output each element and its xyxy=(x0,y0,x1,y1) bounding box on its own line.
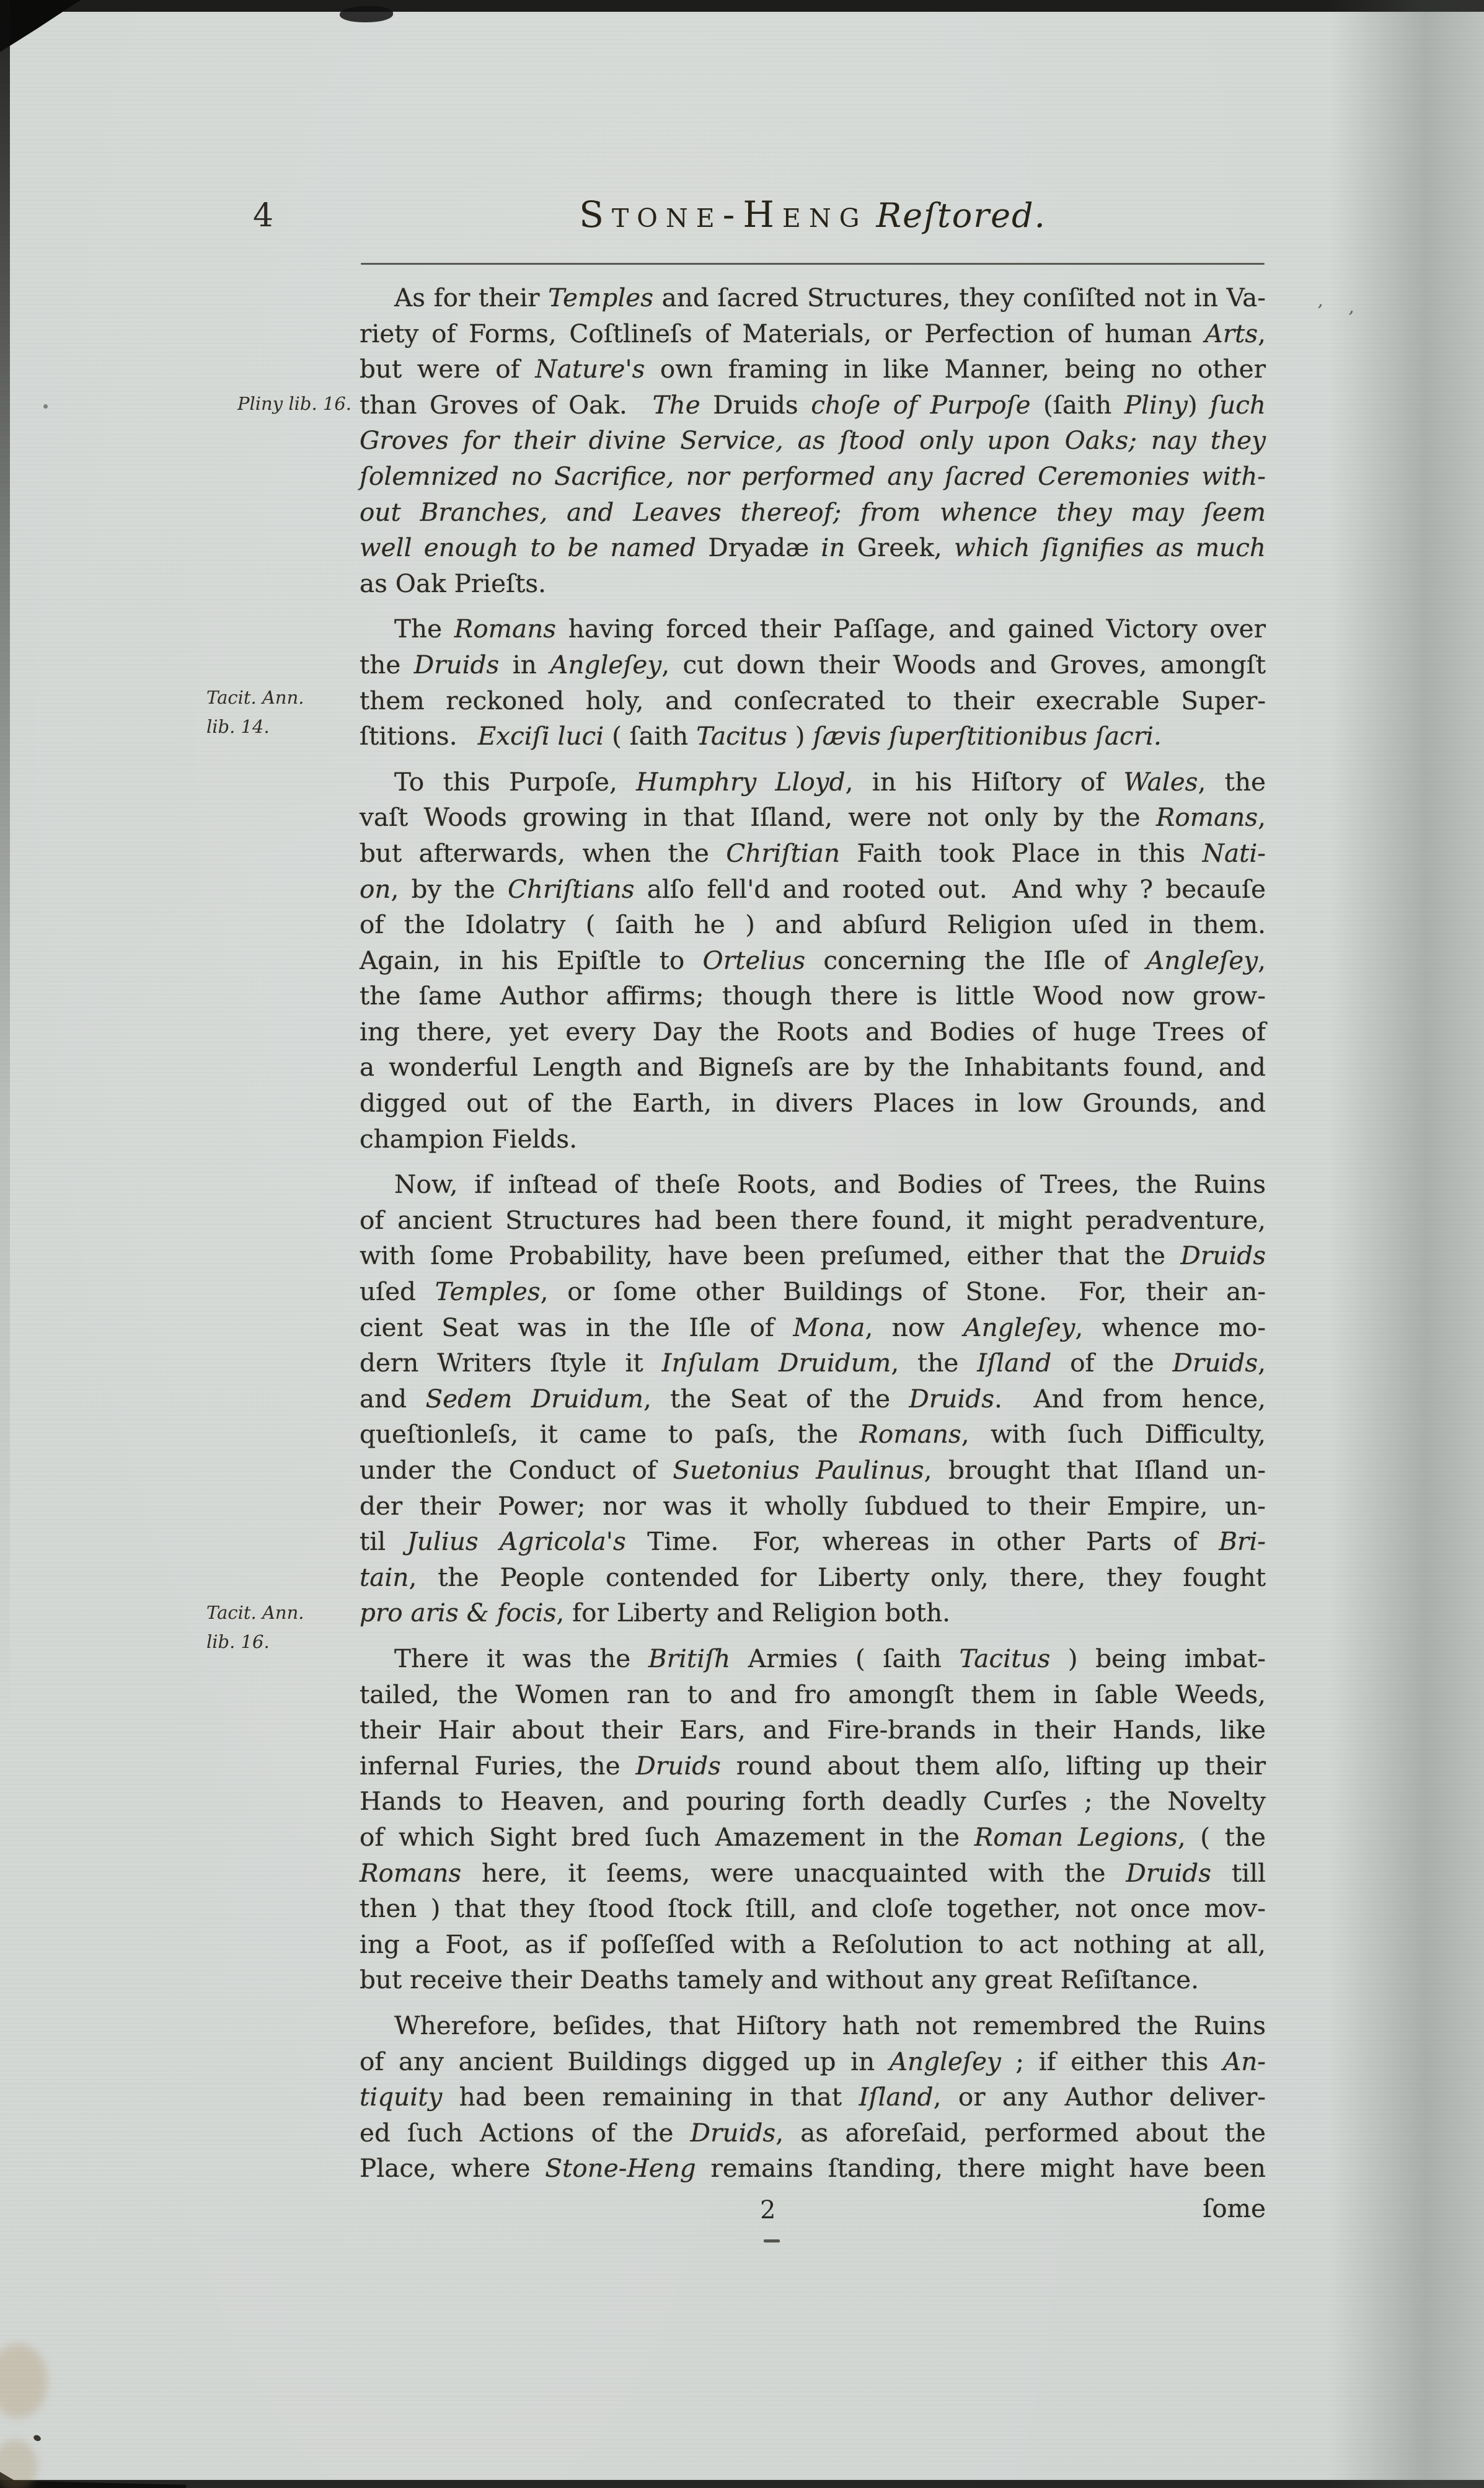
roman-text: , the People contended for Liberty only,… xyxy=(409,1562,1266,1592)
italic-text: Groves for their divine Service, as ſtoo… xyxy=(360,425,1266,455)
text-line: til Julius Agricola's Time. For, whereas… xyxy=(360,1524,1266,1560)
text-line: riety of Forms, Coſtlineſs of Materials,… xyxy=(360,316,1266,352)
book-page-scan: ’ ’ 4 Stone-HengReſtored. Pliny lib. 16.… xyxy=(0,0,1484,2488)
italic-text: Wales xyxy=(1124,767,1198,797)
running-head-subtitle: Reſtored. xyxy=(876,196,1046,235)
margin-note-line: Pliny lib. 16. xyxy=(183,389,351,418)
roman-text: cient Seat was in the Iſle of xyxy=(360,1313,793,1342)
paragraph: Now, if inſtead of theſe Roots, and Bodi… xyxy=(360,1167,1266,1631)
roman-text: , by the xyxy=(391,874,507,904)
roman-text: der their Power; nor was it wholly ſubdu… xyxy=(360,1491,1266,1521)
italic-text: Angleſey xyxy=(1146,945,1258,975)
scan-edge-left xyxy=(0,0,10,2488)
text-line: on, by the Chriſtians alſo fell'd and ro… xyxy=(360,872,1266,908)
text-line: under the Conduct of Suetonius Paulinus,… xyxy=(360,1453,1266,1489)
italic-text: out Branches, and Leaves thereof; from w… xyxy=(360,497,1266,527)
text-line: then ) that they ſtood ſtock ſtill, and … xyxy=(360,1891,1266,1927)
text-line: of any ancient Buildings digged up in An… xyxy=(360,2044,1266,2080)
italic-text: Chriſtian xyxy=(726,838,840,868)
text-line: queſtionleſs, it came to paſs, the Roman… xyxy=(360,1417,1266,1453)
roman-text: ; if either this xyxy=(1001,2047,1223,2076)
roman-text: , in his Hiſtory of xyxy=(846,767,1124,797)
text-line: as Oak Prieſts. xyxy=(360,566,1266,602)
roman-text: Place, where xyxy=(360,2153,545,2183)
margin-note-tacitus-14: Tacit. Ann.lib. 14. xyxy=(206,683,368,742)
roman-text: round about them alſo, lifting up their xyxy=(721,1751,1266,1781)
roman-text: ( ſaith xyxy=(604,721,696,751)
paragraph: As for their Temples and ſacred Structur… xyxy=(360,280,1266,601)
roman-text: , or ſome other Buildings of Stone. For,… xyxy=(541,1277,1266,1306)
text-line: Again, in his Epiſtle to Ortelius concer… xyxy=(360,943,1266,979)
text-line: well enough to be named Dryadæ in Greek,… xyxy=(360,530,1266,566)
margin-note-tacitus-16: Tacit. Ann.lib. 16. xyxy=(206,1598,368,1657)
text-line: Romans here, it ſeems, were unacquainted… xyxy=(360,1856,1266,1892)
text-line: of the Idolatry ( ſaith he ) and abſurd … xyxy=(360,907,1266,943)
roman-text: but receive their Deaths tamely and with… xyxy=(360,1965,1199,1994)
text-line: but receive their Deaths tamely and with… xyxy=(360,1962,1266,1998)
italic-text: well enough to be named xyxy=(360,533,696,562)
paragraph: There it was the Britiſh Armies ( ſaith … xyxy=(360,1641,1266,1998)
italic-text: Romans xyxy=(360,1858,461,1888)
italic-text: Bri- xyxy=(1219,1526,1266,1556)
italic-text: Druids xyxy=(414,650,500,680)
text-line: As for their Temples and ſacred Structur… xyxy=(360,280,1266,316)
scan-ink-blob xyxy=(340,6,393,22)
roman-text: The xyxy=(394,614,454,644)
roman-text: of the Idolatry ( ſaith he ) and abſurd … xyxy=(360,910,1266,939)
text-line: champion Fields. xyxy=(360,1122,1266,1158)
italic-text: Suetonius Paulinus xyxy=(673,1455,924,1485)
roman-text: than Groves of Oak. xyxy=(360,390,653,420)
italic-text: Romans xyxy=(859,1419,961,1449)
paragraph: To this Purpoſe, Humphry Lloyd, in his H… xyxy=(360,764,1266,1158)
roman-text: , whence mo- xyxy=(1075,1313,1266,1342)
roman-text: ing there, yet every Day the Roots and B… xyxy=(360,1017,1266,1047)
text-line: digged out of the Earth, in divers Place… xyxy=(360,1086,1266,1122)
roman-text: , the xyxy=(1198,767,1266,797)
roman-text: Druids xyxy=(700,390,811,420)
roman-text: . And from hence, xyxy=(994,1384,1266,1414)
italic-text: Roman Legions xyxy=(974,1822,1178,1852)
roman-text: queſtionleſs, it came to paſs, the xyxy=(360,1419,859,1449)
text-line: ſolemnized no Sacrifice, nor performed a… xyxy=(360,459,1266,495)
text-line: der their Power; nor was it wholly ſubdu… xyxy=(360,1489,1266,1525)
text-line: ed ſuch Actions of the Druids, as aforeſ… xyxy=(360,2115,1266,2151)
italic-text: Druids xyxy=(691,2118,776,2148)
roman-text: them reckoned holy, and conſecrated to t… xyxy=(360,686,1266,715)
text-line: but afterwards, when the Chriſtian Faith… xyxy=(360,836,1266,872)
roman-text: but were of xyxy=(360,354,535,384)
text-line: ſtitions. Exciſi luci ( ſaith Tacitus ) … xyxy=(360,719,1266,755)
italic-text: Stone-Heng xyxy=(545,2153,696,2183)
header-rule xyxy=(361,263,1265,265)
catchword: ſome xyxy=(360,2194,1266,2223)
roman-text: Time. For, whereas in other Parts of xyxy=(626,1526,1219,1556)
roman-text: own framing in like Manner, being no oth… xyxy=(645,354,1266,384)
roman-text: in xyxy=(499,650,550,680)
margin-note-line: lib. 14. xyxy=(206,712,368,742)
roman-text: but afterwards, when the xyxy=(360,838,726,868)
text-line: out Branches, and Leaves thereof; from w… xyxy=(360,495,1266,531)
roman-text: Hands to Heaven, and pouring forth deadl… xyxy=(360,1786,1266,1816)
text-line: Now, if inſtead of theſe Roots, and Bodi… xyxy=(360,1167,1266,1203)
roman-text: Greek, xyxy=(845,533,954,562)
italic-text: ſuch xyxy=(1210,390,1266,420)
roman-text: , xyxy=(1258,1348,1266,1378)
text-line: than Groves of Oak. The Druids choſe of … xyxy=(360,387,1266,423)
paragraph: The Romans having forced their Paſſage, … xyxy=(360,611,1266,754)
roman-text: , the Seat of the xyxy=(643,1384,909,1414)
italic-text: ſolemnized no Sacrifice, nor performed a… xyxy=(360,461,1266,491)
italic-text: Druids xyxy=(635,1751,721,1781)
roman-text: and ſacred Structures, they conſiſted no… xyxy=(653,283,1266,312)
scan-corner-top-left xyxy=(0,0,81,52)
roman-text: , xyxy=(1258,945,1266,975)
italic-text: Chriſtians xyxy=(508,874,635,904)
roman-text: here, it ſeems, were unacquainted with t… xyxy=(461,1858,1126,1888)
italic-text: Tacitus xyxy=(696,721,787,751)
signature-dash xyxy=(764,2239,780,2242)
roman-text: , as aforeſaid, performed about the xyxy=(775,2118,1266,2148)
roman-text: and xyxy=(360,1384,425,1414)
roman-text: vaſt Woods growing in that Iſland, were … xyxy=(360,802,1156,832)
roman-text: Armies ( ſaith xyxy=(730,1644,959,1673)
italic-text: Druids xyxy=(1180,1241,1266,1270)
text-line: Groves for their divine Service, as ſtoo… xyxy=(360,423,1266,459)
roman-text: a wonderful Length and Bigneſs are by th… xyxy=(360,1052,1266,1082)
roman-text: , or any Author deliver- xyxy=(934,2082,1266,2112)
italic-text: in xyxy=(821,533,845,562)
italic-text: Druids xyxy=(909,1384,994,1414)
text-line: but were of Nature's own framing in like… xyxy=(360,352,1266,387)
roman-text: ) xyxy=(787,721,813,751)
roman-text: had been remaining in that xyxy=(442,2082,859,2112)
roman-text: ) being imbat- xyxy=(1050,1644,1266,1673)
roman-text: , for Liberty and Religion both. xyxy=(556,1598,950,1627)
roman-text: concerning the Iſle of xyxy=(805,945,1146,975)
italic-text: Angleſey xyxy=(963,1313,1075,1342)
roman-text: tailed, the Women ran to and fro amongſt… xyxy=(360,1680,1266,1709)
text-line: There it was the Britiſh Armies ( ſaith … xyxy=(360,1641,1266,1677)
page-curve-shadow xyxy=(1329,0,1484,2488)
roman-text: , brought that Iſland un- xyxy=(924,1455,1266,1485)
roman-text: ſtitions. xyxy=(360,721,478,751)
margin-note-line: Tacit. Ann. xyxy=(206,683,368,712)
text-line: Hands to Heaven, and pouring forth deadl… xyxy=(360,1784,1266,1820)
text-line: pro aris & focis, for Liberty and Religi… xyxy=(360,1595,1266,1631)
italic-text: Britiſh xyxy=(648,1644,730,1673)
roman-text: As for their xyxy=(394,283,548,312)
scan-edge-top xyxy=(0,0,1484,12)
text-line: tain, the People contended for Liberty o… xyxy=(360,1560,1266,1596)
italic-text: on xyxy=(360,874,391,904)
text-line: with ſome Probability, have been preſume… xyxy=(360,1238,1266,1274)
roman-text: (ſaith xyxy=(1031,390,1124,420)
text-line: a wonderful Length and Bigneſs are by th… xyxy=(360,1050,1266,1086)
ink-speck xyxy=(33,2434,42,2442)
italic-text: pro aris & focis xyxy=(360,1598,556,1627)
text-line: Place, where Stone-Heng remains ſtanding… xyxy=(360,2151,1266,2187)
italic-text: Pliny xyxy=(1124,390,1188,420)
italic-text: Nature's xyxy=(535,354,645,384)
italic-text: tain xyxy=(360,1562,409,1592)
roman-text: Faith took Place in this xyxy=(840,838,1202,868)
italic-text: ſævis ſuperſtitionibus ſacri. xyxy=(813,721,1161,751)
text-line: and Sedem Druidum, the Seat of the Druid… xyxy=(360,1381,1266,1417)
margin-note-pliny: Pliny lib. 16. xyxy=(183,389,351,418)
text-line: ing there, yet every Day the Roots and B… xyxy=(360,1014,1266,1050)
italic-text: Iſland xyxy=(859,2082,933,2112)
roman-text: of which Sight bred ſuch Amazement in th… xyxy=(360,1822,974,1852)
roman-text: infernal Furies, the xyxy=(360,1751,635,1781)
italic-text: tiquity xyxy=(360,2082,442,2112)
page-number: 4 xyxy=(253,197,273,234)
italic-text: The xyxy=(653,390,700,420)
text-line: uſed Temples, or ſome other Buildings of… xyxy=(360,1274,1266,1310)
roman-text: remains ſtanding, there might have been xyxy=(696,2153,1266,2183)
text-line: dern Writers ſtyle it Inſulam Druidum, t… xyxy=(360,1345,1266,1381)
roman-text: their Hair about their Ears, and Fire-br… xyxy=(360,1715,1266,1745)
roman-text: of any ancient Buildings digged up in xyxy=(360,2047,890,2076)
text-line: tailed, the Women ran to and fro amongſt… xyxy=(360,1677,1266,1713)
roman-text: Again, in his Epiſtle to xyxy=(360,945,703,975)
roman-text: the ſame Author affirms; though there is… xyxy=(360,981,1266,1011)
italic-text: Angleſey xyxy=(890,2047,1001,2076)
roman-text: of ancient Structures had been there fou… xyxy=(360,1205,1266,1235)
italic-text: Angleſey xyxy=(550,650,661,680)
text-line: their Hair about their Ears, and Fire-br… xyxy=(360,1712,1266,1748)
italic-text: Mona xyxy=(793,1313,865,1342)
stain xyxy=(0,2440,37,2488)
roman-text: digged out of the Earth, in divers Place… xyxy=(360,1088,1266,1118)
roman-text: ed ſuch Actions of the xyxy=(360,2118,691,2148)
text-line: cient Seat was in the Iſle of Mona, now … xyxy=(360,1310,1266,1346)
italic-text: Romans xyxy=(1156,802,1258,832)
roman-text: til xyxy=(360,1526,407,1556)
roman-text: champion Fields. xyxy=(360,1124,577,1154)
running-head: Stone-HengReſtored. xyxy=(360,193,1266,236)
italic-text: Exciſi luci xyxy=(478,721,604,751)
text-line: ing a Foot, as if poſſeſſed with a Reſol… xyxy=(360,1927,1266,1963)
roman-text: , ( the xyxy=(1178,1822,1266,1852)
roman-text: ing a Foot, as if poſſeſſed with a Reſol… xyxy=(360,1929,1266,1959)
italic-text: Julius Agricola's xyxy=(407,1526,626,1556)
text-line: infernal Furies, the Druids round about … xyxy=(360,1748,1266,1784)
roman-text: alſo fell'd and rooted out. And why ? be… xyxy=(635,874,1266,904)
roman-text: with ſome Probability, have been preſume… xyxy=(360,1241,1180,1270)
margin-note-line: Tacit. Ann. xyxy=(206,1598,368,1627)
roman-text: There it was the xyxy=(394,1644,648,1673)
text-line: To this Purpoſe, Humphry Lloyd, in his H… xyxy=(360,764,1266,800)
italic-text: Romans xyxy=(454,614,556,644)
italic-text: Druids xyxy=(1173,1348,1258,1378)
roman-text: , with ſuch Difficulty, xyxy=(961,1419,1266,1449)
roman-text: , the xyxy=(891,1348,977,1378)
roman-text: Wherefore, beſides, that Hiſtory hath no… xyxy=(394,2011,1266,2040)
roman-text: the xyxy=(360,650,414,680)
roman-text: having forced their Paſſage, and gained … xyxy=(556,614,1266,644)
italic-text: Iſland xyxy=(977,1348,1051,1378)
roman-text: till xyxy=(1211,1858,1266,1888)
roman-text: of the xyxy=(1051,1348,1172,1378)
roman-text: then ) that they ſtood ſtock ſtill, and … xyxy=(360,1893,1266,1923)
roman-text: Dryadæ xyxy=(696,533,821,562)
italic-text: Druids xyxy=(1126,1858,1211,1888)
roman-text: Now, if inſtead of theſe Roots, and Bodi… xyxy=(394,1169,1266,1199)
margin-note-line: lib. 16. xyxy=(206,1627,368,1657)
running-head-title: Stone-Heng xyxy=(579,193,867,236)
text-line: vaſt Woods growing in that Iſland, were … xyxy=(360,800,1266,836)
roman-text: , cut down their Woods and Groves, among… xyxy=(661,650,1266,680)
roman-text: ) xyxy=(1188,390,1210,420)
italic-text: Arts xyxy=(1204,319,1258,348)
italic-text: Temples xyxy=(435,1277,541,1306)
text-line: of ancient Structures had been there fou… xyxy=(360,1203,1266,1239)
paragraph: Wherefore, beſides, that Hiſtory hath no… xyxy=(360,2008,1266,2187)
text-line: of which Sight bred ſuch Amazement in th… xyxy=(360,1820,1266,1856)
stain xyxy=(0,2344,48,2418)
italic-text: Tacitus xyxy=(959,1644,1050,1673)
roman-text: dern Writers ſtyle it xyxy=(360,1348,662,1378)
italic-text: Nati- xyxy=(1203,838,1266,868)
italic-text: choſe of Purpoſe xyxy=(811,390,1030,420)
italic-text: which ſignifies as much xyxy=(954,533,1266,562)
italic-text: Sedem Druidum xyxy=(425,1384,643,1414)
roman-text: uſed xyxy=(360,1277,435,1306)
roman-text: , xyxy=(1258,319,1266,348)
roman-text: , now xyxy=(865,1313,963,1342)
roman-text: To this Purpoſe, xyxy=(394,767,636,797)
roman-text: as Oak Prieſts. xyxy=(360,569,546,598)
ink-speck xyxy=(43,404,48,409)
text-line: the ſame Author affirms; though there is… xyxy=(360,978,1266,1014)
italic-text: Inſulam Druidum xyxy=(662,1348,891,1378)
italic-text: Ortelius xyxy=(703,945,806,975)
roman-text: , xyxy=(1258,802,1266,832)
text-line: tiquity had been remaining in that Iſlan… xyxy=(360,2079,1266,2115)
scan-edge-bottom xyxy=(0,2480,1484,2488)
text-line: Wherefore, beſides, that Hiſtory hath no… xyxy=(360,2008,1266,2044)
italic-text: Temples xyxy=(548,283,653,312)
text-line: The Romans having forced their Paſſage, … xyxy=(360,611,1266,647)
roman-text: riety of Forms, Coſtlineſs of Materials,… xyxy=(360,319,1204,348)
text-column: As for their Temples and ſacred Structur… xyxy=(360,280,1266,2187)
italic-text: An- xyxy=(1223,2047,1266,2076)
text-line: the Druids in Angleſey, cut down their W… xyxy=(360,647,1266,683)
roman-text: under the Conduct of xyxy=(360,1455,673,1485)
italic-text: Humphry Lloyd xyxy=(636,767,845,797)
text-line: them reckoned holy, and conſecrated to t… xyxy=(360,683,1266,719)
